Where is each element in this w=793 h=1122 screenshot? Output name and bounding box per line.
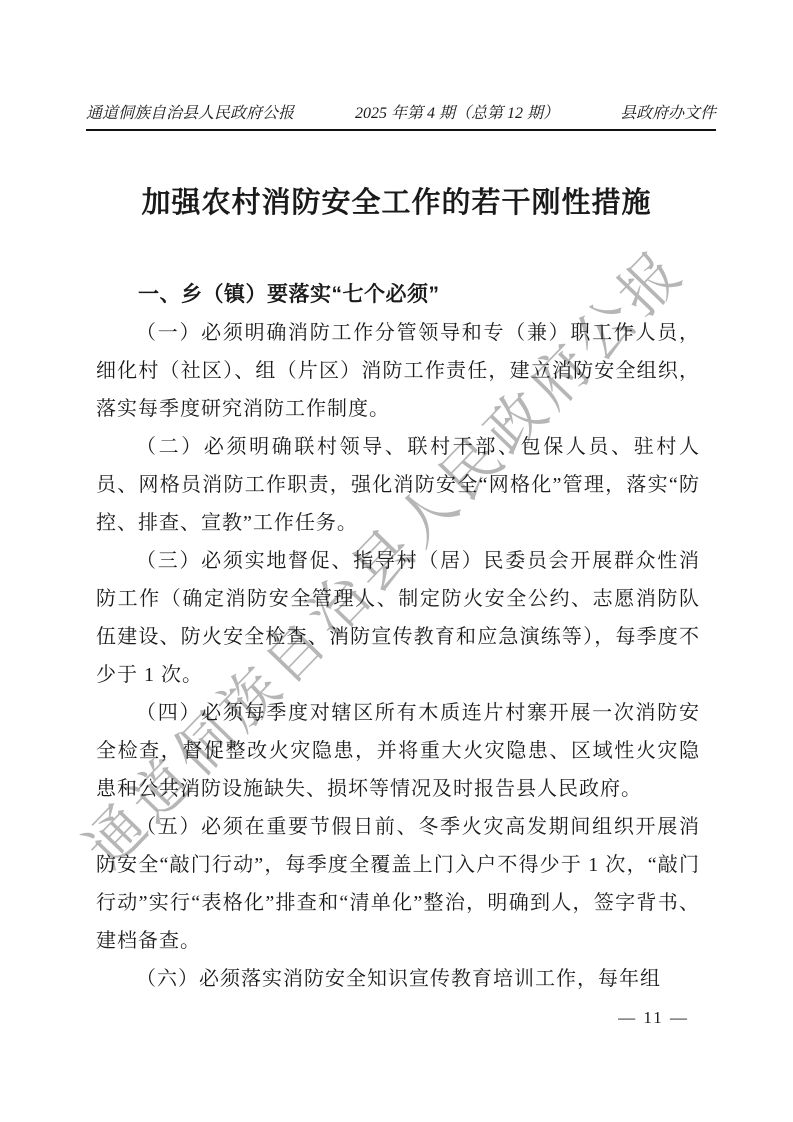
gazette-page: 通道侗族自治县人民政府公报 通道侗族自治县人民政府公报 2025 年第 4 期（… (0, 0, 793, 1122)
paragraph-item-2: （二）必须明确联村领导、联村干部、包保人员、驻村人员、网格员消防工作职责，强化消… (96, 428, 700, 542)
paragraph-item-6: （六）必须落实消防安全知识宣传教育培训工作，每年组 (96, 960, 700, 998)
document-body: 一、乡（镇）要落实“七个必须” （一）必须明确消防工作分管领导和专（兼）职工作人… (96, 276, 700, 998)
section-heading: 一、乡（镇）要落实“七个必须” (96, 276, 700, 314)
paragraph-item-3: （三）必须实地督促、指导村（居）民委员会开展群众性消防工作（确定消防安全管理人、… (96, 542, 700, 694)
document-title: 加强农村消防安全工作的若干刚性措施 (0, 180, 793, 221)
header-publication-name: 通道侗族自治县人民政府公报 (86, 100, 294, 123)
header-issue-info: 2025 年第 4 期（总第 12 期） (355, 100, 559, 123)
paragraph-item-1: （一）必须明确消防工作分管领导和专（兼）职工作人员，细化村（社区）、组（片区）消… (96, 314, 700, 428)
page-header: 通道侗族自治县人民政府公报 2025 年第 4 期（总第 12 期） 县政府办文… (86, 100, 716, 131)
page-number: — 11 — (618, 1008, 689, 1028)
header-doc-category: 县政府办文件 (620, 100, 716, 123)
paragraph-item-5: （五）必须在重要节假日前、冬季火灾高发期间组织开展消防安全“敲门行动”，每季度全… (96, 808, 700, 960)
paragraph-item-4: （四）必须每季度对辖区所有木质连片村寨开展一次消防安全检查，督促整改火灾隐患，并… (96, 694, 700, 808)
